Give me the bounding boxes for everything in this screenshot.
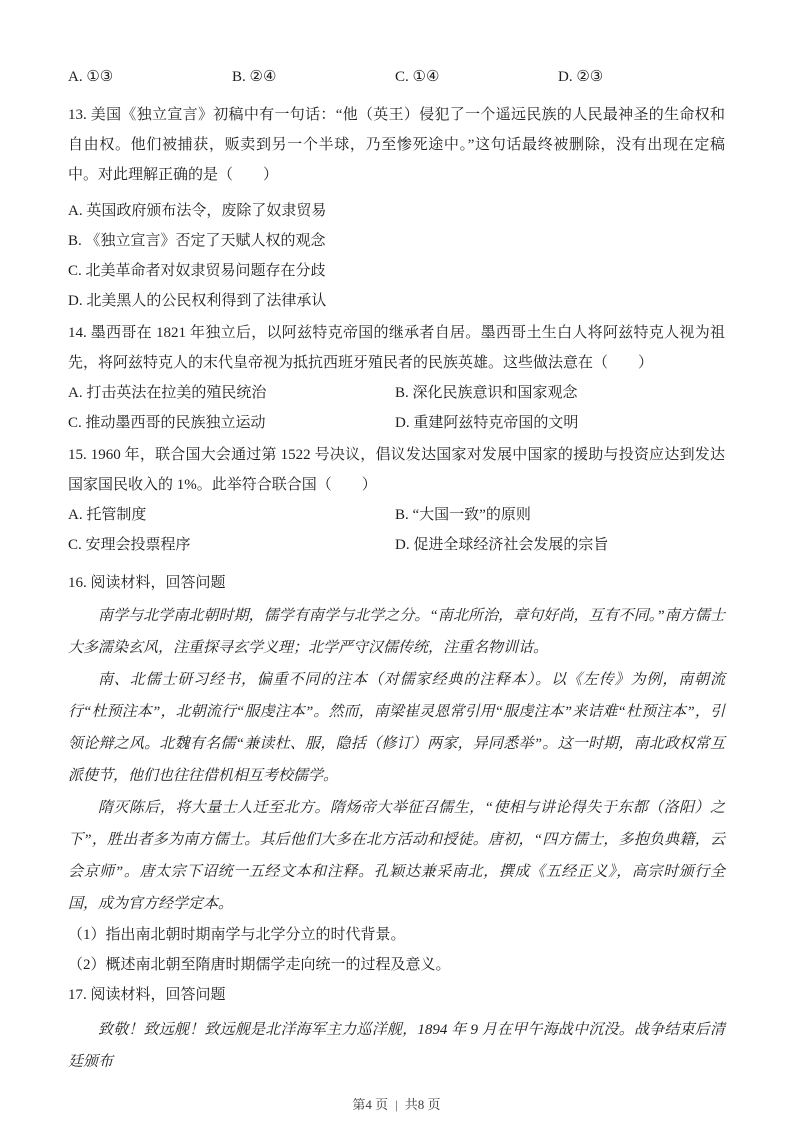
page-total: 共8 页 xyxy=(405,1097,441,1112)
option-c: C. 推动墨西哥的民族独立运动 xyxy=(68,408,395,438)
option-a: A. ①③ xyxy=(68,62,232,92)
option-b: B. 《独立宣言》否定了天赋人权的观念 xyxy=(68,226,725,256)
subquestion-1: （1）指出南北朝时期南学与北学分立的时代背景。 xyxy=(68,920,725,950)
question-16: 16. 阅读材料，回答问题 南学与北学南北朝时期，儒学有南学与北学之分。“南北所… xyxy=(68,568,725,980)
question-14-options: A. 打击英法在拉美的殖民统治 B. 深化民族意识和国家观念 C. 推动墨西哥的… xyxy=(68,378,725,438)
question-14: 14. 墨西哥在 1821 年独立后，以阿兹特克帝国的继承者自居。墨西哥土生白人… xyxy=(68,318,725,438)
question-stem: 13. 美国《独立宣言》初稿中有一句话：“他（英王）侵犯了一个遥远民族的人民最神… xyxy=(68,100,725,190)
option-a: A. 英国政府颁布法令，废除了奴隶贸易 xyxy=(68,196,725,226)
option-d: D. 北美黑人的公民权利得到了法律承认 xyxy=(68,286,725,316)
option-c: C. ①④ xyxy=(395,62,558,92)
material-paragraph: 致敬！致远舰！致远舰是北洋海军主力巡洋舰，1894 年 9 月在甲午海战中沉没。… xyxy=(68,1014,725,1078)
option-c: C. 北美革命者对奴隶贸易问题存在分歧 xyxy=(68,256,725,286)
option-a: A. 打击英法在拉美的殖民统治 xyxy=(68,378,395,408)
material-paragraph: 南、北儒士研习经书，偏重不同的注本（对儒家经典的注释本）。以《左传》为例，南朝流… xyxy=(68,664,725,792)
question-stem: 14. 墨西哥在 1821 年独立后，以阿兹特克帝国的继承者自居。墨西哥土生白人… xyxy=(68,318,725,378)
option-a: A. 托管制度 xyxy=(68,500,395,530)
option-b: B. ②④ xyxy=(232,62,395,92)
footer-separator: | xyxy=(395,1097,398,1112)
question-stem: 15. 1960 年，联合国大会通过第 1522 号决议，倡议发达国家对发展中国… xyxy=(68,440,725,500)
question-12-options-row: A. ①③ B. ②④ C. ①④ D. ②③ xyxy=(68,62,725,92)
question-15: 15. 1960 年，联合国大会通过第 1522 号决议，倡议发达国家对发展中国… xyxy=(68,440,725,560)
option-d: D. 重建阿兹特克帝国的文明 xyxy=(395,408,725,438)
question-13: 13. 美国《独立宣言》初稿中有一句话：“他（英王）侵犯了一个遥远民族的人民最神… xyxy=(68,100,725,316)
page-number: 第4 页 xyxy=(352,1097,388,1112)
question-header: 16. 阅读材料，回答问题 xyxy=(68,568,725,598)
question-15-options: A. 托管制度 B. “大国一致”的原则 C. 安理会投票程序 D. 促进全球经… xyxy=(68,500,725,560)
page-footer: 第4 页|共8 页 xyxy=(0,1097,793,1113)
question-header: 17. 阅读材料，回答问题 xyxy=(68,980,725,1010)
question-13-options: A. 英国政府颁布法令，废除了奴隶贸易 B. 《独立宣言》否定了天赋人权的观念 … xyxy=(68,196,725,316)
exam-page: A. ①③ B. ②④ C. ①④ D. ②③ 13. 美国《独立宣言》初稿中有… xyxy=(0,0,793,1122)
subquestion-2: （2）概述南北朝至隋唐时期儒学走向统一的过程及意义。 xyxy=(68,950,725,980)
material-paragraph: 南学与北学南北朝时期，儒学有南学与北学之分。“南北所治，章句好尚，互有不同。”南… xyxy=(68,600,725,664)
option-b: B. “大国一致”的原则 xyxy=(395,500,725,530)
option-c: C. 安理会投票程序 xyxy=(68,530,395,560)
option-d: D. 促进全球经济社会发展的宗旨 xyxy=(395,530,725,560)
option-d: D. ②③ xyxy=(558,62,725,92)
material-paragraph: 隋灭陈后，将大量士人迁至北方。隋炀帝大举征召儒生，“使相与讲论得失于东都（洛阳）… xyxy=(68,792,725,920)
option-b: B. 深化民族意识和国家观念 xyxy=(395,378,725,408)
question-17: 17. 阅读材料，回答问题 致敬！致远舰！致远舰是北洋海军主力巡洋舰，1894 … xyxy=(68,980,725,1078)
